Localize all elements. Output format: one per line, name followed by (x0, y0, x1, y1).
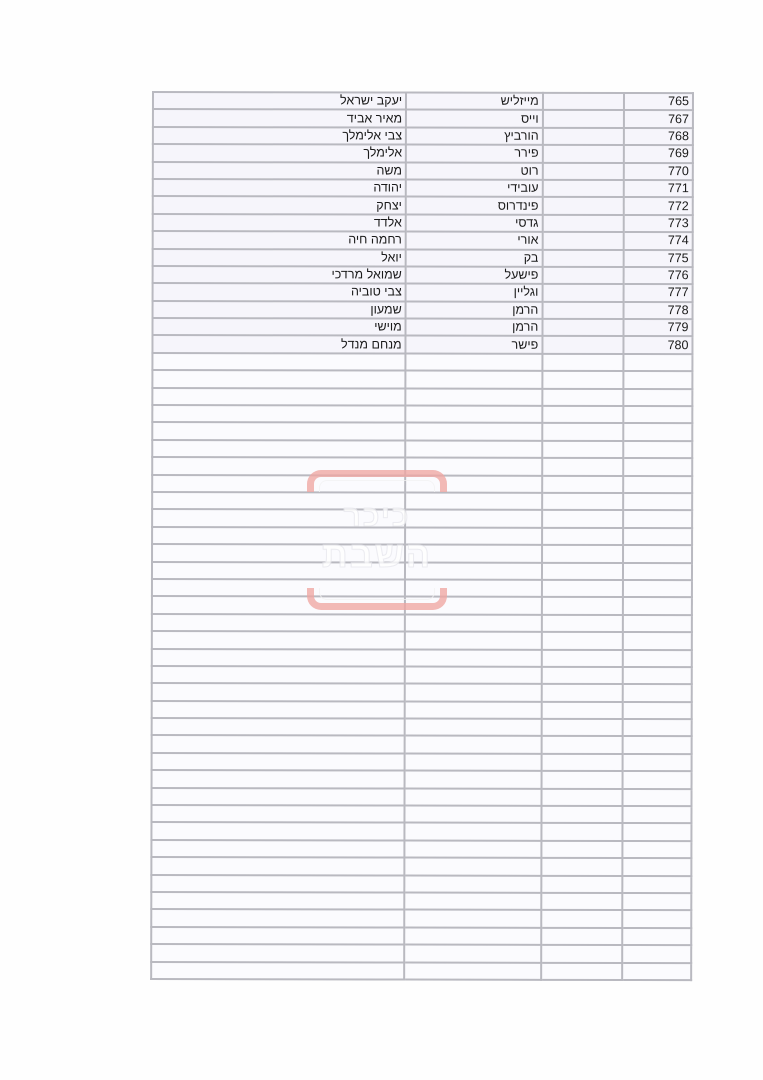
first-name-cell (152, 388, 405, 406)
first-name-cell (152, 440, 405, 458)
number-cell (622, 771, 691, 789)
empty-table-row (152, 631, 692, 650)
first-name-cell (151, 944, 404, 962)
blank-cell (541, 893, 622, 911)
first-name-cell: שמואל מרדכי (153, 266, 406, 284)
first-name-cell (152, 562, 405, 580)
blank-cell (541, 684, 622, 702)
first-name-cell (152, 422, 405, 440)
empty-table-row (152, 422, 692, 441)
number-cell (623, 423, 692, 441)
roster-table-body: יעקב ישראלמייזליש765מאיר אבידוייס767צבי … (151, 92, 693, 980)
empty-table-row (152, 562, 692, 581)
first-name-cell: יהודה (153, 179, 406, 197)
first-name-cell: יעקב ישראל (153, 92, 406, 110)
empty-table-row (152, 614, 692, 633)
empty-table-row (152, 370, 692, 389)
first-name-cell: רחמה חיה (153, 231, 406, 249)
blank-cell (542, 388, 623, 406)
empty-table-row (151, 822, 691, 841)
number-cell (622, 684, 691, 702)
last-name-cell (405, 806, 542, 824)
blank-cell (542, 458, 623, 476)
last-name-cell (404, 910, 541, 928)
last-name-cell (405, 684, 542, 702)
number-cell: 774 (623, 232, 692, 250)
number-cell (622, 910, 691, 928)
table-row: משהרוט770 (153, 162, 693, 181)
last-name-cell: רוט (406, 162, 543, 180)
first-name-cell: צבי אלימלך (153, 127, 406, 145)
number-cell (622, 649, 691, 667)
empty-table-row (152, 735, 692, 754)
last-name-cell (405, 423, 542, 441)
first-name-cell (152, 492, 405, 510)
blank-cell (542, 371, 623, 389)
empty-table-row (152, 353, 692, 372)
blank-cell (542, 615, 623, 633)
number-cell (622, 928, 691, 946)
empty-table-row (152, 475, 692, 494)
blank-cell (541, 806, 622, 824)
blank-cell (542, 354, 623, 372)
last-name-cell (405, 840, 542, 858)
number-cell (623, 389, 692, 407)
last-name-cell (405, 440, 542, 458)
number-cell (622, 858, 691, 876)
last-name-cell (405, 614, 542, 632)
blank-cell (541, 962, 622, 980)
blank-cell (541, 701, 622, 719)
roster-table: יעקב ישראלמייזליש765מאיר אבידוייס767צבי … (150, 91, 694, 981)
number-cell (623, 563, 692, 581)
empty-table-row (151, 805, 691, 824)
blank-cell (542, 215, 623, 233)
first-name-cell (152, 683, 405, 701)
number-cell (623, 580, 692, 598)
table-row: יואלבק775 (153, 249, 693, 268)
last-name-cell (405, 406, 542, 424)
blank-cell (541, 719, 622, 737)
blank-cell (542, 545, 623, 563)
number-cell: 773 (623, 215, 692, 233)
blank-cell (543, 162, 624, 180)
last-name-cell (405, 823, 542, 841)
blank-cell (542, 667, 623, 685)
blank-cell (543, 110, 624, 128)
blank-cell (541, 945, 622, 963)
last-name-cell: גדסי (406, 214, 543, 232)
blank-cell (542, 475, 623, 493)
blank-cell (542, 249, 623, 267)
blank-cell (543, 128, 624, 146)
number-cell (622, 754, 691, 772)
number-cell: 778 (623, 302, 692, 320)
last-name-cell (405, 719, 542, 737)
number-cell (623, 528, 692, 546)
first-name-cell (152, 370, 405, 388)
first-name-cell (152, 527, 405, 545)
number-cell (622, 702, 691, 720)
last-name-cell (405, 771, 542, 789)
empty-table-row (152, 649, 692, 668)
number-cell (623, 597, 692, 615)
table-row: יעקב ישראלמייזליש765 (153, 92, 693, 111)
empty-table-row (152, 509, 692, 528)
first-name-cell (152, 649, 405, 667)
first-name-cell (152, 718, 405, 736)
number-cell (622, 736, 691, 754)
first-name-cell (152, 353, 405, 371)
blank-cell (541, 910, 622, 928)
number-cell (622, 841, 691, 859)
last-name-cell (405, 649, 542, 667)
table-row: אלימלךפירר769 (153, 144, 693, 163)
number-cell: 768 (624, 128, 693, 146)
number-cell (623, 458, 692, 476)
last-name-cell (404, 962, 541, 980)
empty-table-row (151, 875, 691, 894)
first-name-cell: מנחם מנדל (152, 335, 405, 353)
blank-cell (541, 736, 622, 754)
empty-table-row (151, 927, 691, 946)
table-row: אלדדגדסי773 (153, 214, 693, 233)
empty-table-row (152, 753, 692, 772)
empty-table-row (152, 788, 692, 807)
number-cell (622, 945, 691, 963)
last-name-cell (404, 927, 541, 945)
number-cell (622, 667, 691, 685)
first-name-cell (151, 927, 404, 945)
blank-cell (541, 928, 622, 946)
last-name-cell (405, 510, 542, 528)
first-name-cell (152, 544, 405, 562)
table-row: צבי אלימלךהורביץ768 (153, 127, 693, 146)
last-name-cell (405, 527, 542, 545)
first-name-cell: צבי טוביה (153, 283, 406, 301)
first-name-cell (152, 457, 405, 475)
first-name-cell (152, 509, 405, 527)
number-cell (622, 719, 691, 737)
table-row: רחמה חיהאורי774 (153, 231, 693, 250)
first-name-cell (151, 857, 404, 875)
number-cell: 767 (624, 110, 693, 128)
number-cell: 770 (623, 163, 692, 181)
empty-table-row (152, 405, 692, 424)
last-name-cell (405, 562, 542, 580)
last-name-cell (405, 875, 542, 893)
last-name-cell: פישר (406, 336, 543, 354)
number-cell: 779 (623, 319, 692, 337)
empty-table-row (152, 770, 692, 789)
first-name-cell: אלדד (153, 214, 406, 232)
number-cell (622, 893, 691, 911)
first-name-cell (152, 405, 405, 423)
first-name-cell (152, 753, 405, 771)
last-name-cell (405, 545, 542, 563)
number-cell (623, 371, 692, 389)
number-cell (622, 632, 691, 650)
last-name-cell: הרמן (406, 319, 543, 337)
first-name-cell (152, 666, 405, 684)
first-name-cell (151, 909, 404, 927)
empty-table-row (152, 596, 692, 615)
empty-table-row (151, 892, 691, 911)
number-cell (622, 963, 691, 981)
number-cell: 765 (624, 93, 693, 111)
blank-cell (543, 180, 624, 198)
blank-cell (542, 597, 623, 615)
blank-cell (541, 754, 622, 772)
number-cell (623, 493, 692, 511)
first-name-cell: שמעון (153, 301, 406, 319)
number-cell: 780 (623, 336, 692, 354)
number-cell (622, 789, 691, 807)
first-name-cell (151, 822, 404, 840)
table-row: מנחם מנדלפישר780 (152, 335, 692, 354)
last-name-cell: פישעל (406, 266, 543, 284)
last-name-cell (406, 353, 543, 371)
table-row: מאיר אבידוייס767 (153, 109, 693, 128)
last-name-cell (405, 493, 542, 511)
empty-table-row (151, 840, 691, 859)
empty-table-row (152, 388, 692, 407)
blank-cell (543, 93, 624, 111)
number-cell: 771 (623, 180, 692, 198)
document-page: יעקב ישראלמייזליש765מאיר אבידוייס767צבי … (0, 0, 763, 1080)
first-name-cell (151, 962, 404, 980)
empty-table-row (152, 527, 692, 546)
number-cell: 772 (623, 197, 692, 215)
number-cell: 777 (623, 284, 692, 302)
number-cell (623, 476, 692, 494)
blank-cell (542, 232, 623, 250)
first-name-cell (151, 805, 404, 823)
blank-cell (541, 823, 622, 841)
blank-cell (542, 423, 623, 441)
first-name-cell (152, 475, 405, 493)
last-name-cell: אורי (406, 232, 543, 250)
empty-table-row (152, 457, 692, 476)
table-row: שמעוןהרמן778 (153, 301, 693, 320)
number-cell: 775 (623, 250, 692, 268)
last-name-cell: עובידי (406, 179, 543, 197)
blank-cell (541, 788, 622, 806)
empty-table-row (152, 492, 692, 511)
blank-cell (542, 562, 623, 580)
blank-cell (542, 632, 623, 650)
last-name-cell (405, 701, 542, 719)
last-name-cell: מייזליש (406, 93, 543, 111)
blank-cell (541, 841, 622, 859)
blank-cell (542, 528, 623, 546)
last-name-cell (406, 371, 543, 389)
last-name-cell: בק (406, 249, 543, 267)
blank-cell (541, 875, 622, 893)
blank-cell (542, 302, 623, 320)
first-name-cell (152, 579, 405, 597)
empty-table-row (151, 944, 691, 963)
last-name-cell: הרמן (406, 301, 543, 319)
number-cell (623, 441, 692, 459)
empty-table-row (151, 857, 691, 876)
first-name-cell: מוישי (152, 318, 405, 336)
last-name-cell (405, 736, 542, 754)
first-name-cell: אלימלך (153, 144, 406, 162)
empty-table-row (152, 440, 692, 459)
number-cell (623, 406, 692, 424)
first-name-cell (151, 892, 404, 910)
empty-table-row (152, 544, 692, 563)
first-name-cell: יואל (153, 249, 406, 267)
table-row: יהודהעובידי771 (153, 179, 693, 198)
first-name-cell (151, 840, 404, 858)
number-cell (623, 354, 692, 372)
first-name-cell (152, 788, 405, 806)
empty-table-row (152, 718, 692, 737)
empty-table-row (152, 666, 692, 685)
last-name-cell (405, 458, 542, 476)
number-cell (622, 823, 691, 841)
first-name-cell (152, 735, 405, 753)
last-name-cell (404, 892, 541, 910)
last-name-cell (406, 388, 543, 406)
empty-table-row (152, 683, 692, 702)
blank-cell (543, 145, 624, 163)
table-row: מוישיהרמן779 (152, 318, 692, 337)
empty-table-row (151, 962, 691, 981)
last-name-cell (405, 788, 542, 806)
blank-cell (542, 284, 623, 302)
blank-cell (542, 319, 623, 337)
last-name-cell (405, 753, 542, 771)
last-name-cell (405, 579, 542, 597)
table-row: שמואל מרדכיפישעל776 (153, 266, 693, 285)
number-cell (623, 510, 692, 528)
last-name-cell (405, 475, 542, 493)
number-cell (623, 615, 692, 633)
last-name-cell (405, 597, 542, 615)
blank-cell (541, 858, 622, 876)
blank-cell (542, 406, 623, 424)
number-cell (622, 876, 691, 894)
empty-table-row (152, 701, 692, 720)
first-name-cell (152, 631, 405, 649)
first-name-cell (152, 701, 405, 719)
table-row: יצחקפינדרוס772 (153, 196, 693, 215)
blank-cell (542, 649, 623, 667)
blank-cell (542, 493, 623, 511)
last-name-cell: וגליין (406, 284, 543, 302)
blank-cell (542, 510, 623, 528)
first-name-cell: מאיר אביד (153, 109, 406, 127)
number-cell: 769 (623, 145, 692, 163)
blank-cell (542, 441, 623, 459)
last-name-cell (405, 666, 542, 684)
blank-cell (542, 580, 623, 598)
number-cell: 776 (623, 267, 692, 285)
first-name-cell (152, 614, 405, 632)
empty-table-row (151, 909, 691, 928)
last-name-cell: וייס (406, 110, 543, 128)
blank-cell (542, 336, 623, 354)
first-name-cell (152, 596, 405, 614)
last-name-cell: פירר (406, 145, 543, 163)
blank-cell (542, 267, 623, 285)
last-name-cell (405, 858, 542, 876)
table-row: צבי טוביהוגליין777 (153, 283, 693, 302)
last-name-cell: הורביץ (406, 127, 543, 145)
blank-cell (541, 771, 622, 789)
last-name-cell: פינדרוס (406, 197, 543, 215)
first-name-cell: משה (153, 162, 406, 180)
first-name-cell: יצחק (153, 196, 406, 214)
empty-table-row (152, 579, 692, 598)
number-cell (622, 806, 691, 824)
first-name-cell (152, 770, 405, 788)
last-name-cell (405, 632, 542, 650)
blank-cell (542, 197, 623, 215)
first-name-cell (151, 875, 404, 893)
number-cell (623, 545, 692, 563)
last-name-cell (404, 945, 541, 963)
